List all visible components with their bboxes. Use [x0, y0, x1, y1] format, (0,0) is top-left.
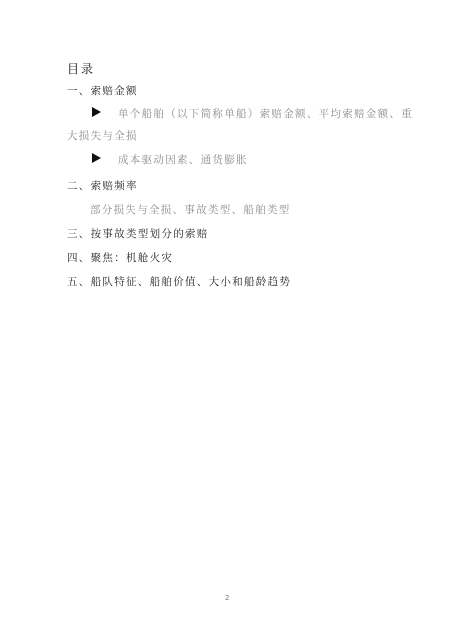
- toc-sub-1-1: 单个船舶（以下简称单船）索赔金额、平均索赔金额、重: [118, 106, 413, 121]
- toc-section-4: 四、聚焦：机舱火灾: [67, 250, 173, 265]
- bullet-triangle-icon: [92, 153, 101, 163]
- toc-section-2: 二、索赔频率: [67, 178, 138, 193]
- toc-section-3: 三、按事故类型划分的索赔: [67, 226, 209, 241]
- bullet-triangle-icon: [92, 107, 101, 117]
- toc-section-1: 一、索赔金额: [67, 83, 138, 98]
- toc-sub-1-1-cont: 大损失与全损: [67, 128, 138, 143]
- toc-title: 目录: [67, 60, 95, 77]
- page-number: 2: [225, 594, 229, 602]
- toc-sub-1-2: 成本驱动因素、通货膨胀: [118, 152, 248, 167]
- toc-section-5: 五、船队特征、船舶价值、大小和船龄趋势: [67, 274, 291, 289]
- toc-sub-2: 部分损失与全损、事故类型、船舶类型: [90, 202, 291, 217]
